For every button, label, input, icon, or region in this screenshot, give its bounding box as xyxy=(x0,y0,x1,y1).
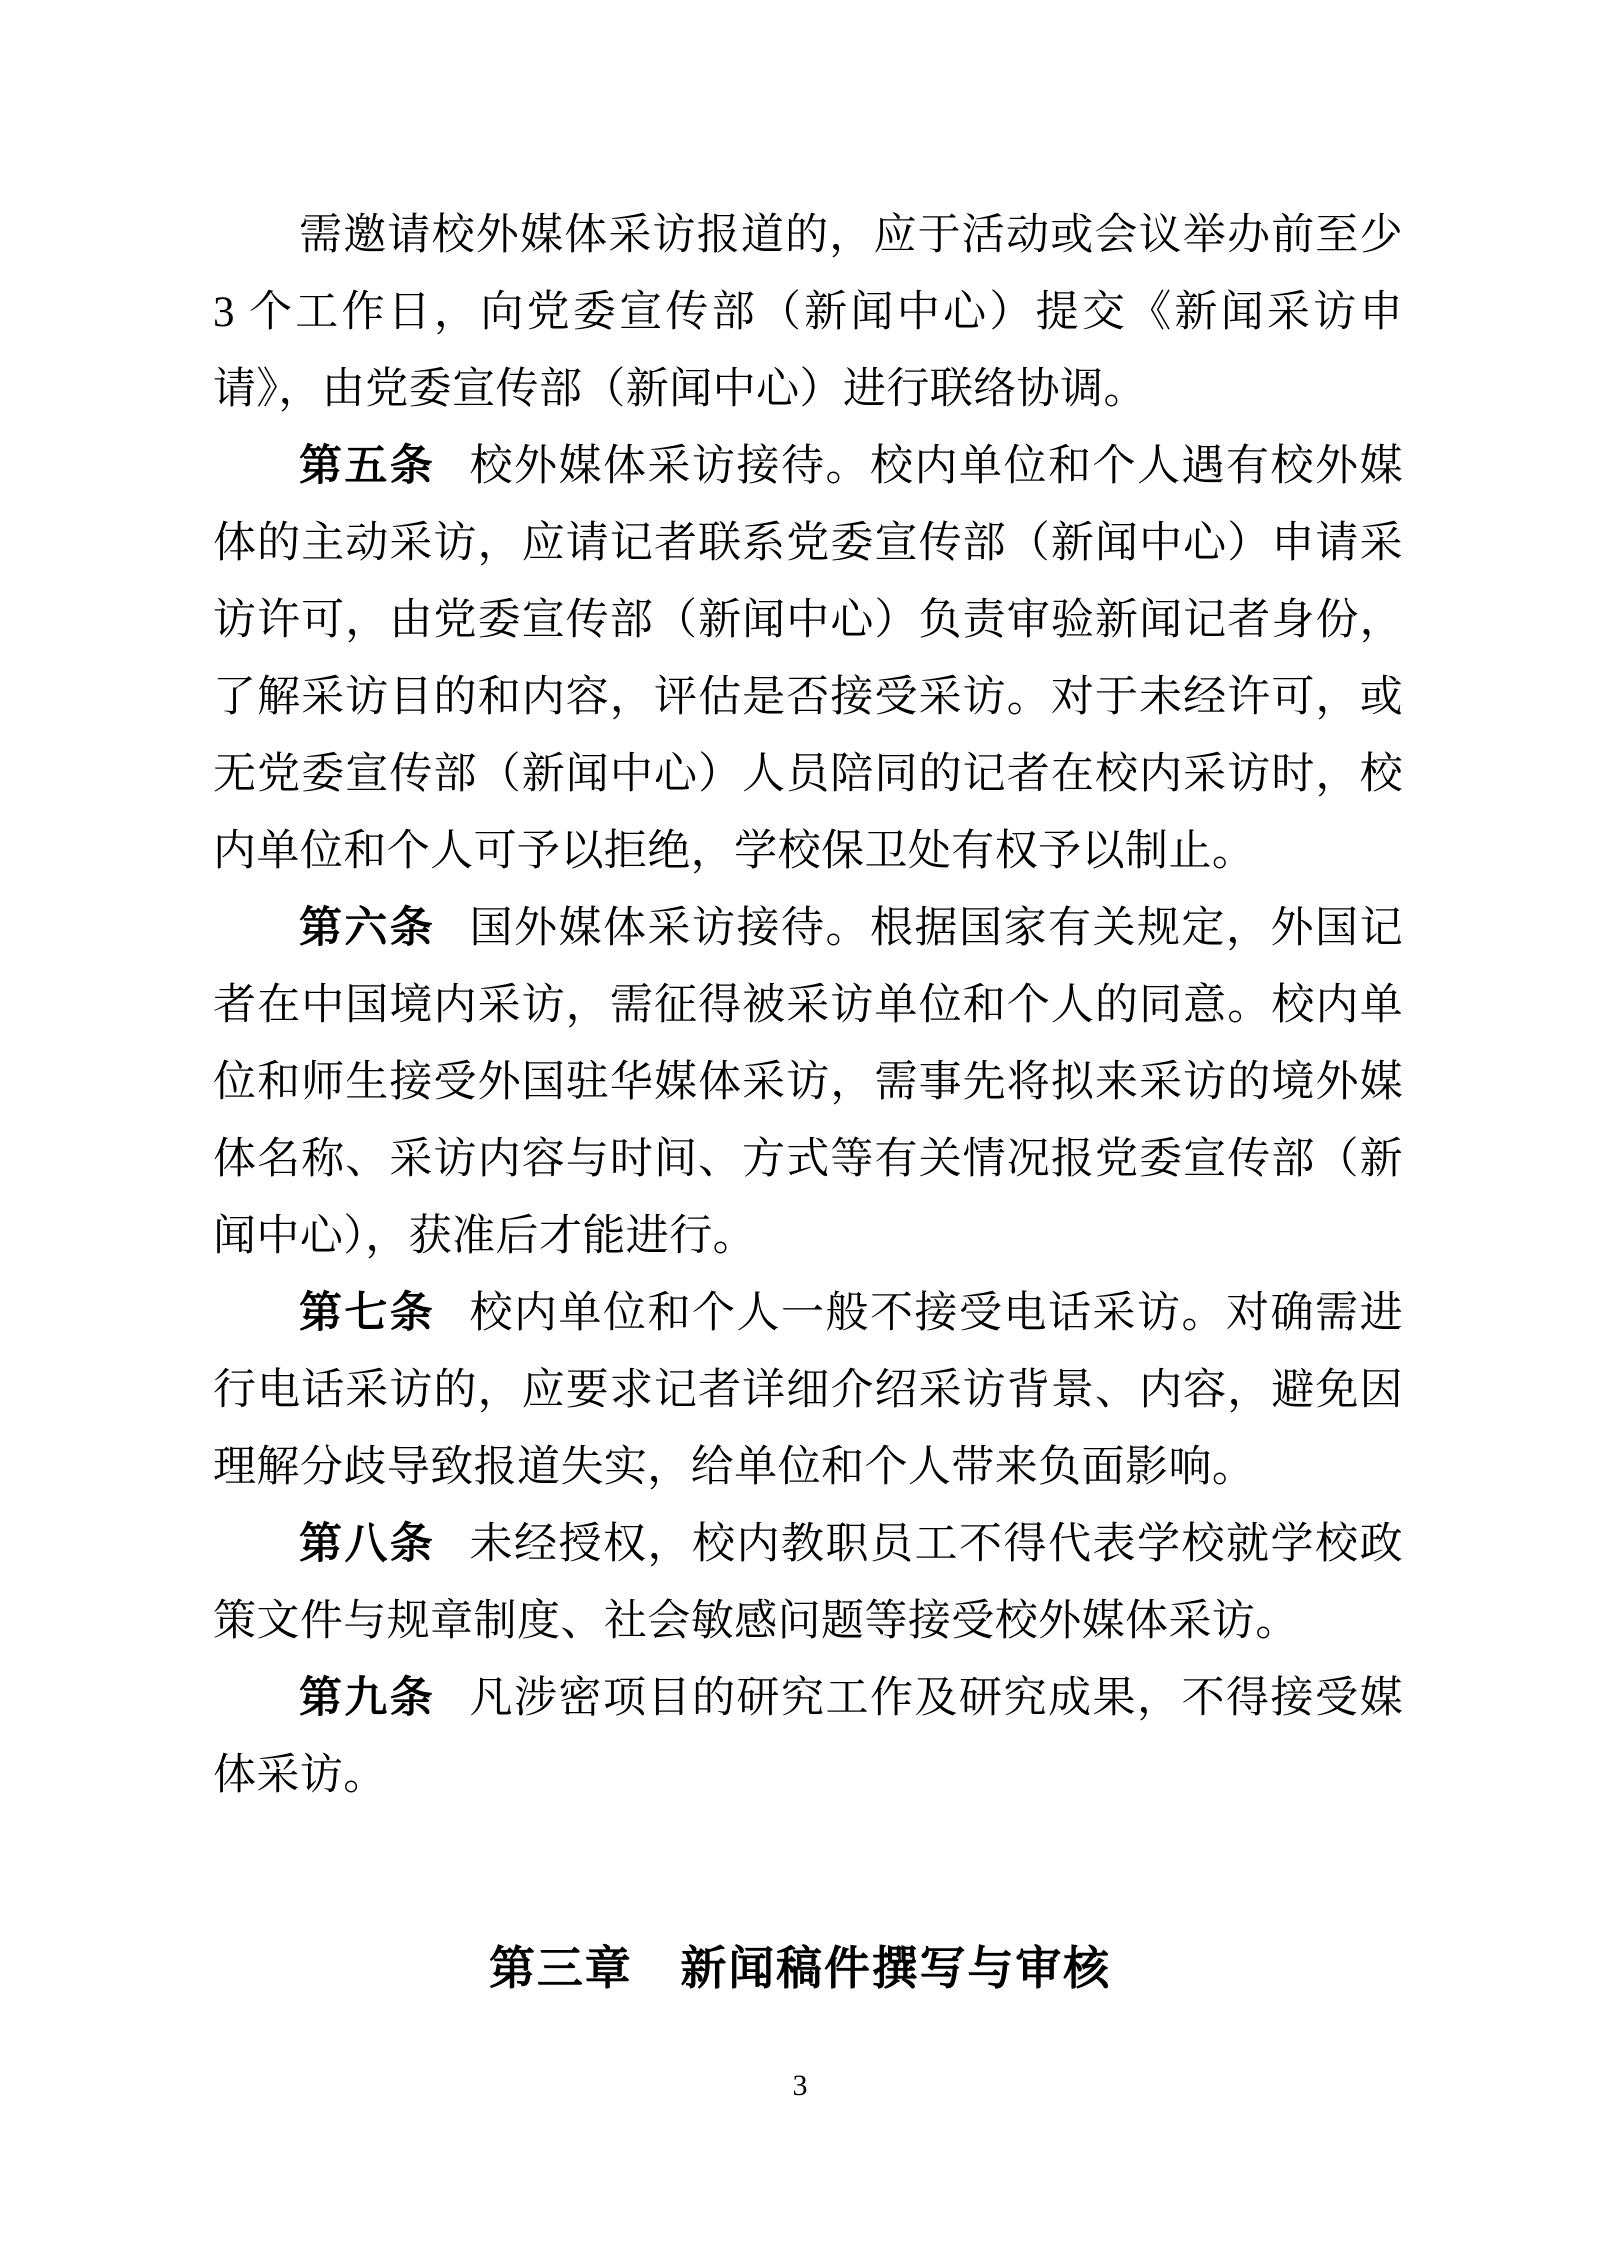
paragraph-text: 国外媒体采访接待。根据国家有关规定，外国记者在中国境内采访，需征得被采访单位和个… xyxy=(213,905,1403,1260)
chapter-heading: 第三章 新闻稿件撰写与审核 xyxy=(0,1938,1600,1998)
document-body: 需邀请校外媒体采访报道的，应于活动或会议举办前至少 3 个工作日，向党委宣传部（… xyxy=(213,197,1403,1814)
paragraph-text: 需邀请校外媒体采访报道的，应于活动或会议举办前至少 3 个工作日，向党委宣传部（… xyxy=(213,212,1403,413)
page-number: 3 xyxy=(793,2068,808,2104)
paragraph: 需邀请校外媒体采访报道的，应于活动或会议举办前至少 3 个工作日，向党委宣传部（… xyxy=(213,197,1403,428)
article-number: 第九条 xyxy=(299,1674,435,1722)
article-number: 第五条 xyxy=(299,442,435,490)
paragraph: 第八条未经授权，校内教职员工不得代表学校就学校政策文件与规章制度、社会敏感问题等… xyxy=(213,1506,1403,1660)
article-number: 第八条 xyxy=(299,1520,435,1568)
article-number: 第七条 xyxy=(299,1289,435,1337)
page-footer: 3 xyxy=(0,2068,1600,2104)
paragraph: 第七条校内单位和个人一般不接受电话采访。对确需进行电话采访的，应要求记者详细介绍… xyxy=(213,1275,1403,1506)
paragraph: 第五条校外媒体采访接待。校内单位和个人遇有校外媒体的主动采访，应请记者联系党委宣… xyxy=(213,428,1403,890)
paragraph: 第九条凡涉密项目的研究工作及研究成果，不得接受媒体采访。 xyxy=(213,1660,1403,1814)
article-number: 第六条 xyxy=(299,904,435,952)
paragraph: 第六条国外媒体采访接待。根据国家有关规定，外国记者在中国境内采访，需征得被采访单… xyxy=(213,890,1403,1275)
document-page: 需邀请校外媒体采访报道的，应于活动或会议举办前至少 3 个工作日，向党委宣传部（… xyxy=(0,0,1600,2263)
paragraph-text: 校外媒体采访接待。校内单位和个人遇有校外媒体的主动采访，应请记者联系党委宣传部（… xyxy=(213,443,1403,875)
